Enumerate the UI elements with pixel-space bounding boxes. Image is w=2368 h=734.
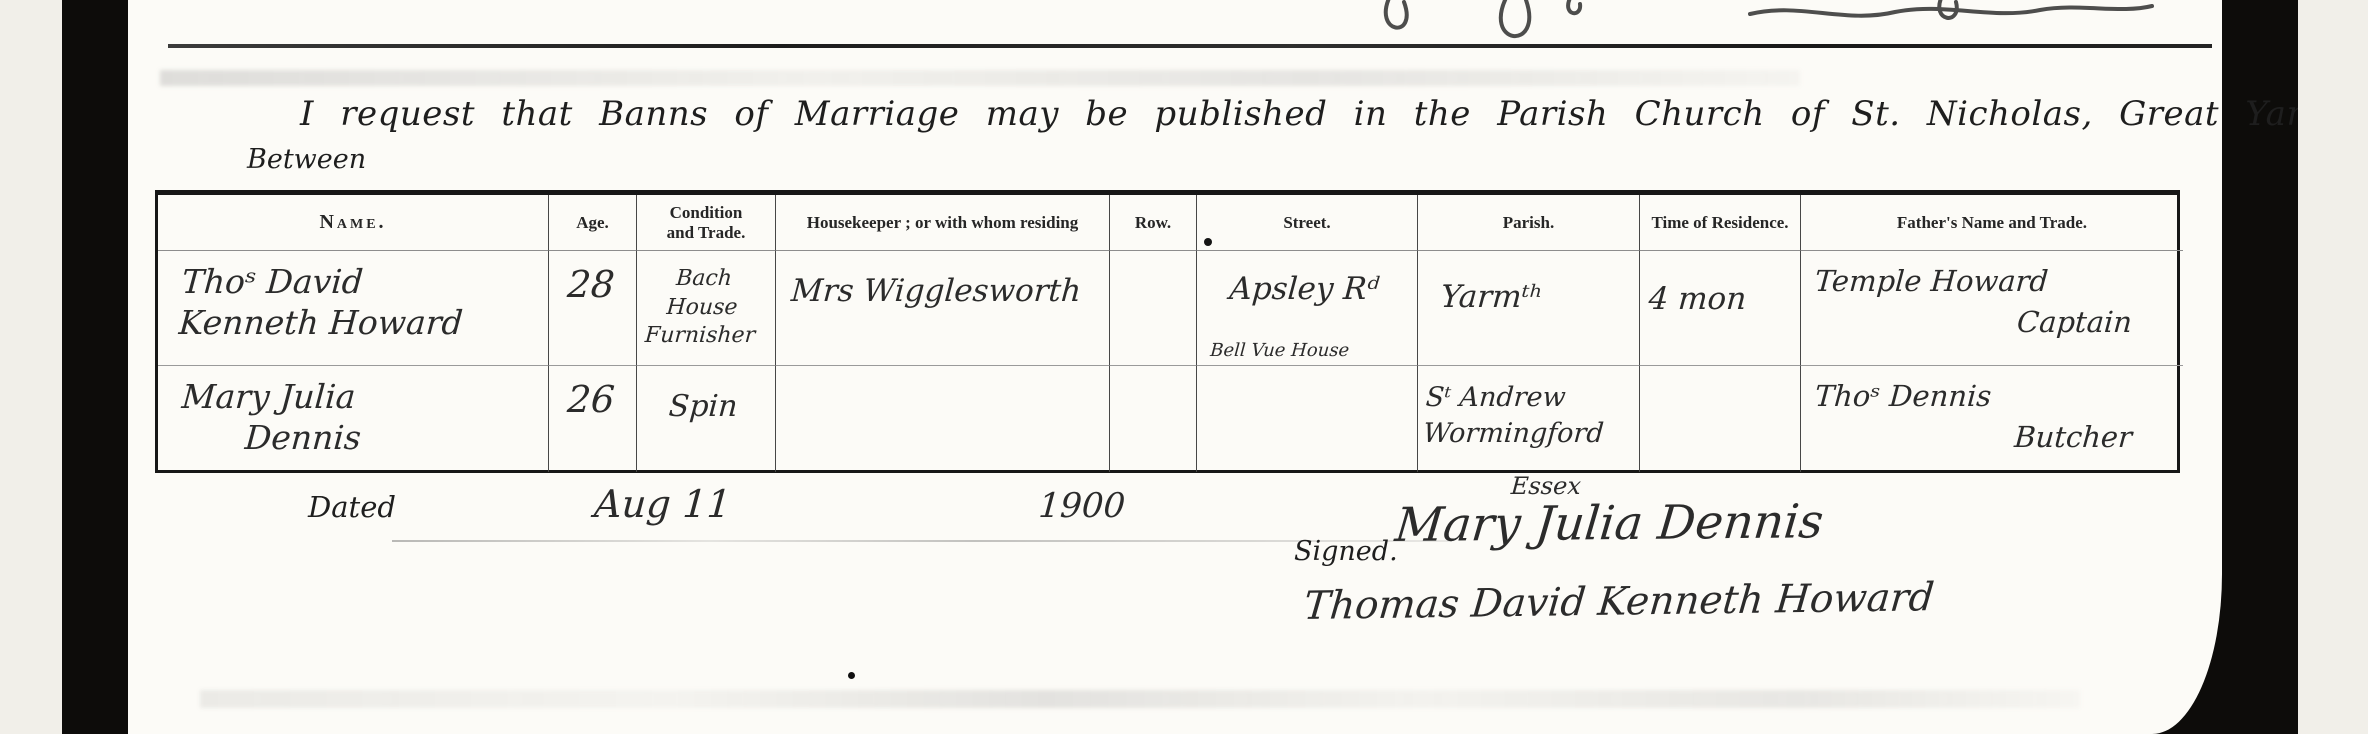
col-header-parish: Parish. (1417, 195, 1639, 251)
dated-month-day: Aug 11 (593, 482, 733, 526)
cell-groom-father: Temple HowardCaptain (1800, 251, 2183, 365)
cell-bride-father: Thoˢ DennisButcher (1800, 365, 2183, 472)
street-sub-note: Bell Vue House (1210, 340, 1350, 361)
col-header-condition: Condition and Trade. (636, 195, 775, 251)
scan-smudge-bottom (200, 690, 2080, 708)
cell-bride-parish: Sᵗ Andrew Wormingford (1417, 365, 1639, 472)
dated-label: Dated (308, 490, 396, 524)
dated-year: 1900 (1037, 486, 1126, 526)
cell-bride-street (1196, 365, 1417, 472)
cell-bride-row (1109, 365, 1196, 472)
col-header-housekeeper: Housekeeper ; or with whom residing (775, 195, 1109, 251)
cell-groom-age: 28 (548, 251, 636, 365)
cell-bride-condition: Spin (636, 365, 775, 472)
col-header-time-of-residence: Time of Residence. (1639, 195, 1800, 251)
col-header-name: Name. (158, 195, 548, 251)
banns-table: Name. Age. Condition and Trade. Housekee… (155, 190, 2180, 473)
scan-binding-edge-left (62, 0, 128, 734)
signature-groom: Thomas David Kenneth Howard (1302, 575, 1936, 629)
cell-bride-age: 26 (548, 365, 636, 472)
dated-baseline-rule (392, 540, 1452, 542)
cell-groom-name: Thoˢ David Kenneth Howard (158, 251, 548, 365)
cell-groom-time-of-residence: 4 mon (1639, 251, 1800, 365)
cell-bride-housekeeper (775, 365, 1109, 472)
col-header-row: Row. (1109, 195, 1196, 251)
scan-background-right (2298, 0, 2368, 734)
col-header-age: Age. (548, 195, 636, 251)
scanned-banns-register: I request that Banns of Marriage may be … (0, 0, 2368, 734)
cell-groom-row (1109, 251, 1196, 365)
cell-bride-time-of-residence (1639, 365, 1800, 472)
signature-bride: Mary Julia Dennis (1393, 494, 1826, 553)
cell-groom-housekeeper: Mrs Wigglesworth (775, 251, 1109, 365)
cell-groom-street: Apsley Rᵈ Bell Vue House (1196, 251, 1417, 365)
register-page: I request that Banns of Marriage may be … (128, 0, 2222, 734)
ink-dot (848, 672, 855, 679)
cell-bride-name: Mary Julia Dennis (158, 365, 548, 472)
ink-mark-row-column (1204, 238, 1212, 246)
scan-smudge-top (160, 70, 1800, 86)
cell-groom-condition: Bach House Furnisher (636, 251, 775, 365)
top-horizontal-rule (168, 44, 2212, 48)
signed-label: Signed. (1294, 536, 1398, 567)
cell-groom-parish: Yarmᵗʰ (1417, 251, 1639, 365)
between-label: Between (247, 144, 366, 175)
col-header-fathers-name: Father's Name and Trade. (1800, 195, 2183, 251)
col-header-street: Street. (1196, 195, 1417, 251)
request-line: I request that Banns of Marriage may be … (300, 94, 2368, 134)
cutoff-handwriting-strokes (1330, 0, 2160, 42)
